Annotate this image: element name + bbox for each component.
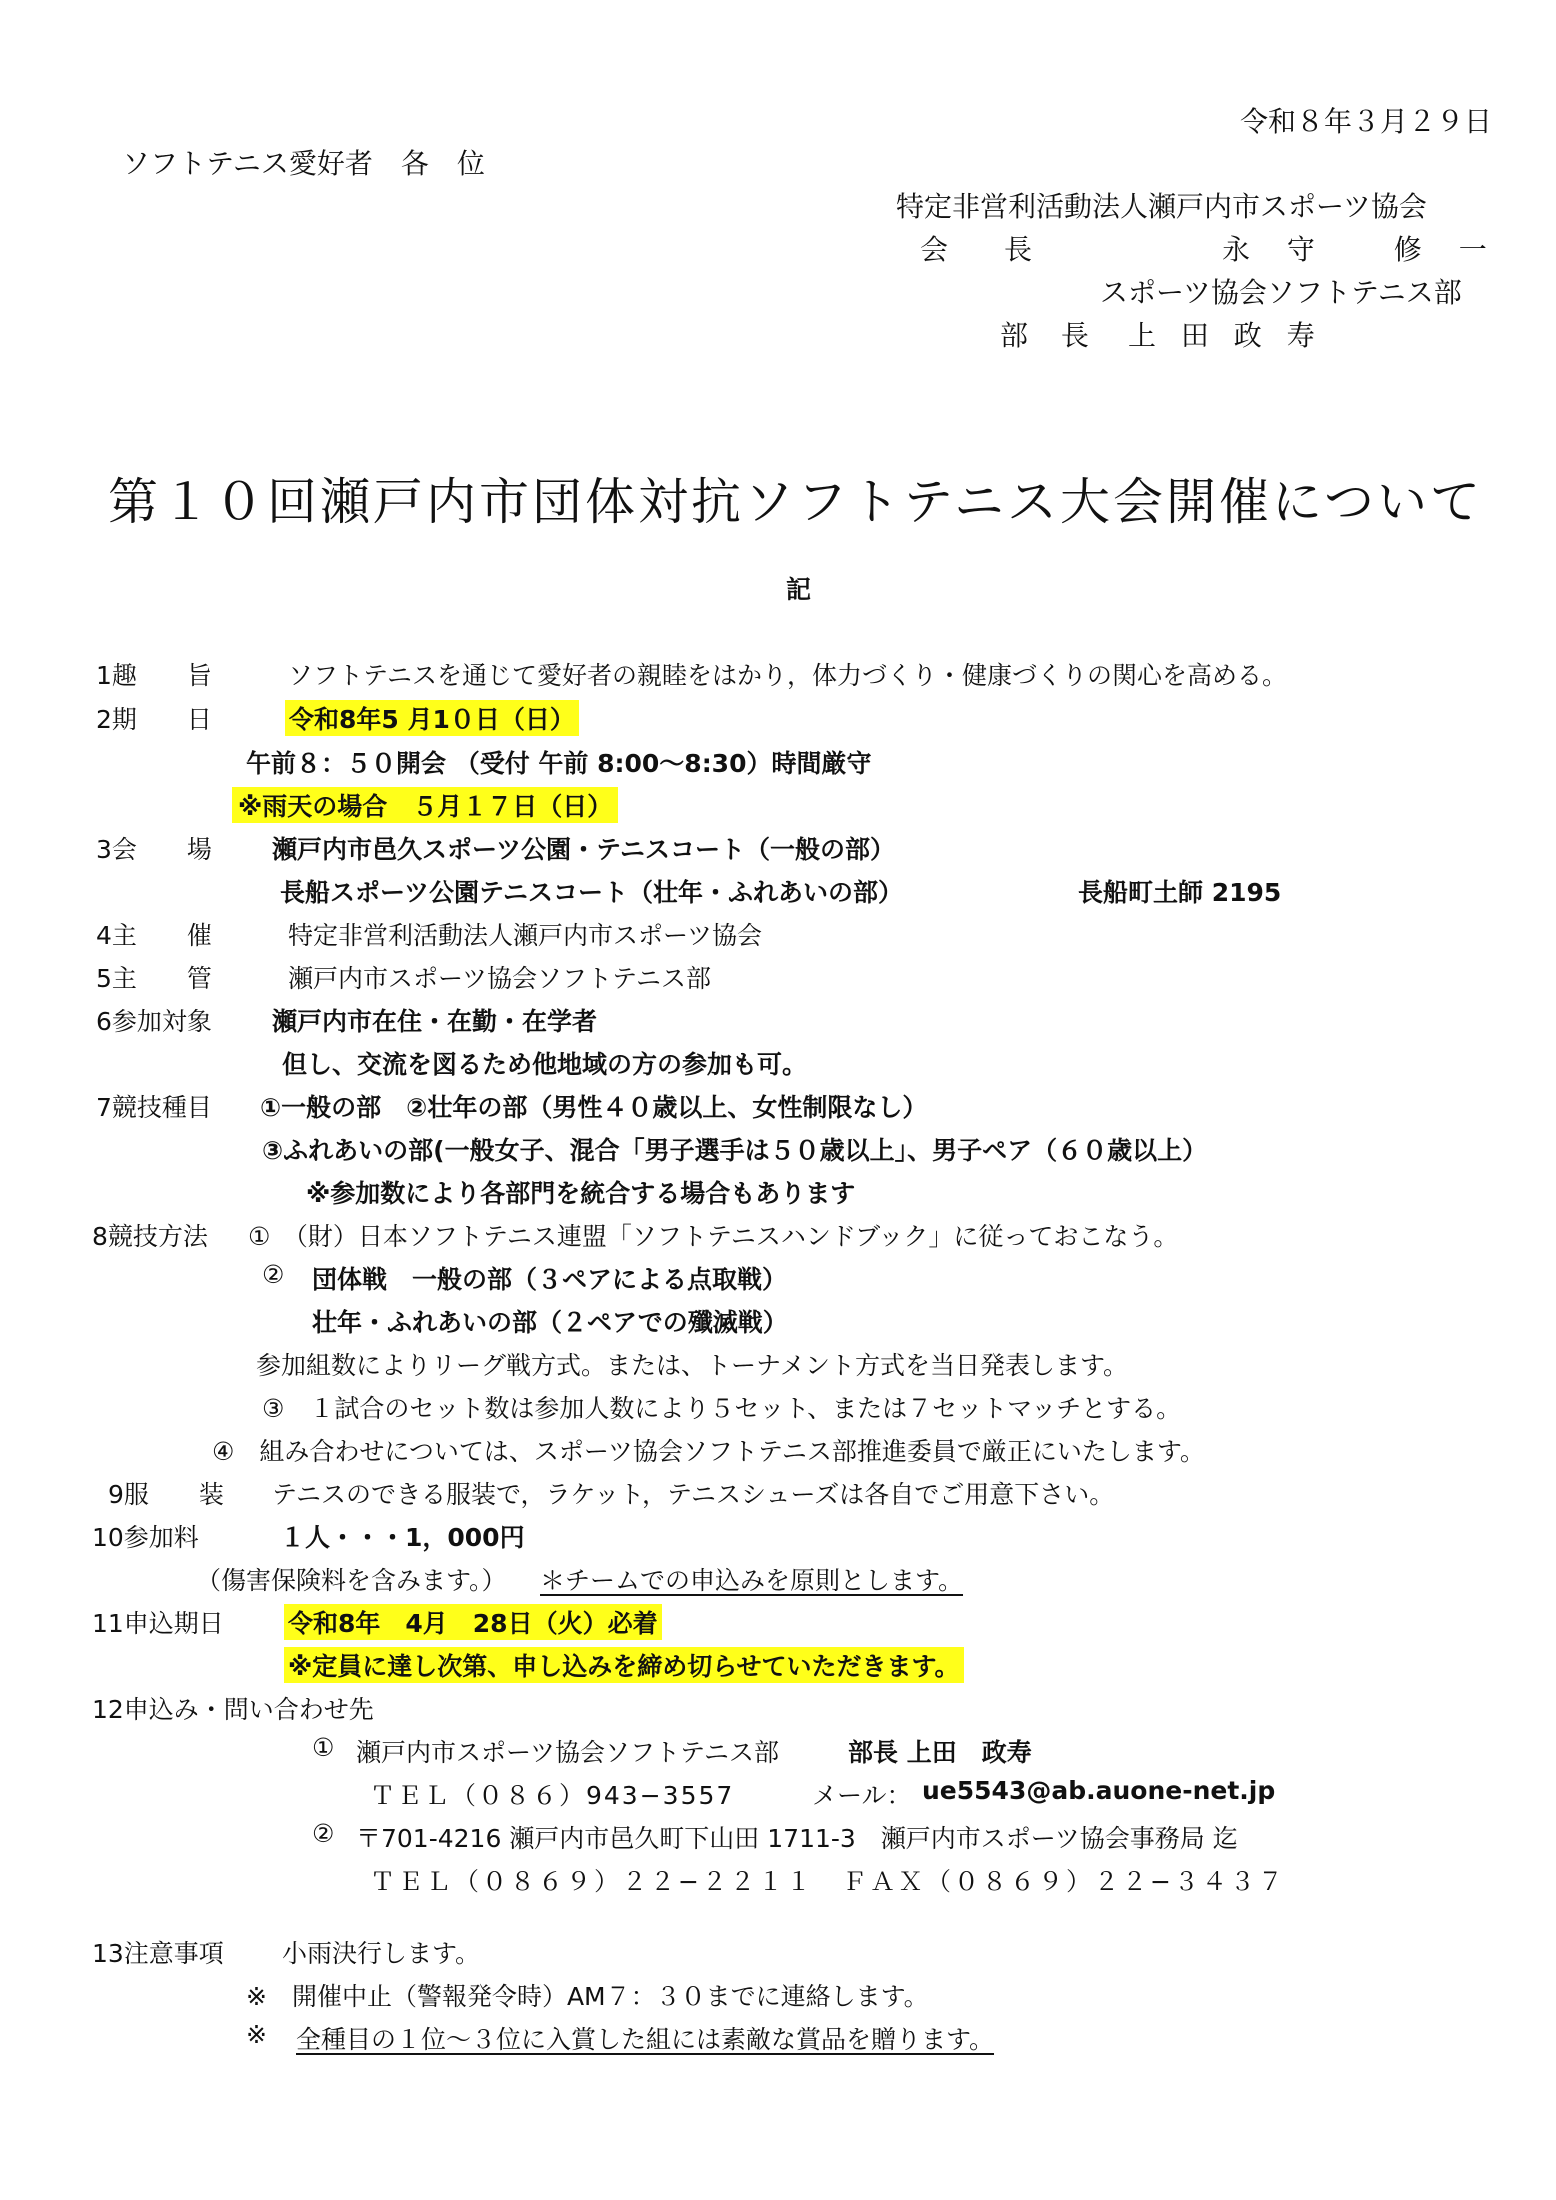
item-5-label: 5主 管 [96,959,212,995]
categories-note: ※参加数により各部門を統合する場合もあります [306,1174,855,1210]
venue-senior: 長船スポーツ公園テニスコート（壮年・ふれあいの部） [280,873,903,909]
method-2-general: 団体戦 一般の部（３ペアによる点取戦） [312,1260,787,1296]
contact-2-phone-fax: ＴＥＬ（０８６９）２２−２２１１ ＦＡＸ（０８６９）２２−３４３７ [370,1862,1286,1898]
ki-heading: 記 [786,570,811,606]
method-1: ① （財）日本ソフトテニス連盟「ソフトテニスハンドブック」に従っておこなう。 [248,1217,1178,1253]
page-title: 第１０回瀬戸内市団体対抗ソフトテニス大会開催について [108,462,1483,534]
item-13-label: 13注意事項 [92,1934,224,1970]
chair-title: 会 長 [920,228,1032,268]
method-3: ③ １試合のセット数は参加人数により５セット、または７セットマッチとする。 [262,1389,1181,1425]
chair-name: 永 守 修 一 [1222,228,1501,268]
item-2-label: 2期 日 [96,700,212,736]
contact-1-phone: ＴＥＬ（０８６）943−3557 [370,1776,734,1812]
addressee: ソフトテニス愛好者 各 位 [122,142,485,182]
item-9-label: 9服 装 [108,1475,224,1511]
method-2-number: ② [262,1260,284,1289]
event-date: 令和8年5 月1０日（日） [285,700,579,736]
categories-line-1: ①一般の部 ②壮年の部（男性４０歳以上、女性制限なし） [260,1088,927,1124]
contact-1-mail-label: メール： [812,1776,912,1812]
venue-senior-address: 長船町土師 2195 [1078,873,1281,909]
club-head-title: 部 長 [1000,314,1101,354]
capacity-note: ※定員に達し次第、申し込みを締め切らせていただきます。 [284,1647,964,1683]
method-2-senior: 壮年・ふれあいの部（２ペアでの殲滅戦） [312,1303,788,1339]
item-4-label: 4主 催 [96,916,212,952]
item-1-label: 1趣 旨 [96,656,212,692]
rain-date: ※雨天の場合 ５月１７日（日） [232,787,618,823]
item-11-label: 11申込期日 [92,1604,224,1640]
document-date: 令和８年３月２９日 [1240,100,1492,140]
attire: テニスのできる服装で，ラケット，テニスシューズは各自でご用意下さい。 [272,1475,1114,1511]
contact-1-number: ① [312,1733,334,1762]
item-10-label: 10参加料 [92,1518,199,1554]
item-3-label: 3会 場 [96,830,212,866]
venue-general: 瀬戸内市邑久スポーツ公園・テニスコート（一般の部） [272,830,895,866]
method-2-format: 参加組数によりリーグ戦方式。または、トーナメント方式を当日発表します。 [256,1346,1128,1382]
eligibility: 瀬戸内市在住・在勤・在学者 [272,1002,597,1038]
contact-2-address: 〒701-4216 瀬戸内市邑久町下山田 1711-3 瀬戸内市スポーツ協会事務… [356,1819,1238,1855]
sender-organization: 特定非営利活動法人瀬戸内市スポーツ協会 [896,185,1427,225]
sender-club: スポーツ協会ソフトテニス部 [1100,271,1462,311]
club-head-name: 上 田 政 寿 [1128,314,1323,354]
contact-2-number: ② [312,1819,334,1848]
entry-deadline: 令和8年 4月 28日（火）必着 [284,1604,662,1640]
contact-1-person: 部長 上田 政寿 [848,1733,1032,1769]
contact-1-email-link[interactable]: ue5543@ab.auone-net.jp [922,1776,1275,1805]
item-7-label: 7競技種目 [96,1088,212,1124]
item-12-label: 12申込み・問い合わせ先 [92,1690,374,1726]
entry-fee: １人・・・1，000円 [280,1518,525,1554]
fee-insurance-note: （傷害保険料を含みます。） [196,1561,507,1597]
prize-note-mark: ※ [246,2020,267,2049]
categories-line-2: ③ふれあいの部(一般女子、混合「男子選手は５０歳以上」、男子ペア（６０歳以上） [262,1131,1207,1167]
team-entry-note: ＊チームでの申込みを原則とします。 [540,1561,963,1597]
eligibility-note: 但し、交流を図るため他地域の方の参加も可。 [282,1045,807,1081]
prize-note: 全種目の１位～３位に入賞した組には素敵な賞品を贈ります。 [296,2020,994,2056]
cancellation-note: ※ 開催中止（警報発令時）AM７：３０までに連絡します。 [246,1977,929,2013]
light-rain-note: 小雨決行します。 [282,1934,480,1970]
item-6-label: 6参加対象 [96,1002,212,1038]
organizer: 特定非営利活動法人瀬戸内市スポーツ協会 [288,916,762,952]
item-8-label: 8競技方法 [92,1217,208,1253]
item-1-purpose: ソフトテニスを通じて愛好者の親睦をはかり，体力づくり・健康づくりの関心を高める。 [288,656,1287,692]
management: 瀬戸内市スポーツ協会ソフトテニス部 [288,959,711,995]
method-4: ④ 組み合わせについては、スポーツ協会ソフトテニス部推進委員で厳正にいたします。 [212,1432,1205,1468]
contact-1-organization: 瀬戸内市スポーツ協会ソフトテニス部 [356,1733,779,1769]
event-time: 午前８：５０開会 （受付 午前 8:00～8:30）時間厳守 [246,744,871,780]
